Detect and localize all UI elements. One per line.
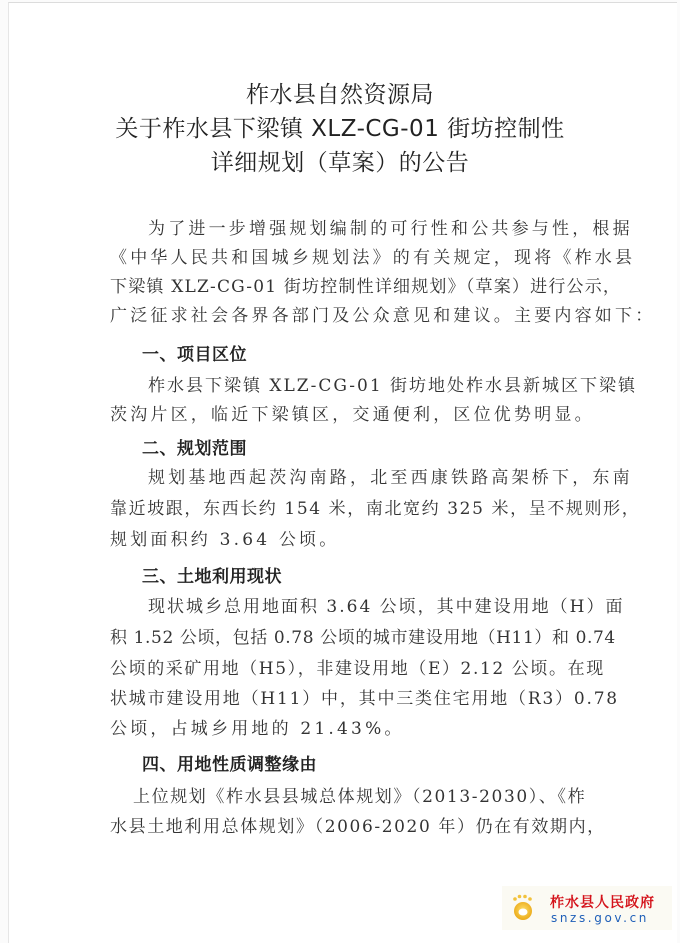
intro-line: 下梁镇 XLZ-CG-01 街坊控制性详细规划》（草案）进行公示， xyxy=(110,277,568,297)
gov-domain: snzs.gov.cn xyxy=(551,911,649,925)
section-line: 靠近坡跟，东西长约 154 米，南北宽约 325 米，呈不规则形， xyxy=(110,499,568,519)
section-line: 积 1.52 公顷，包括 0.78 公顷的城市建设用地（H11）和 0.74 xyxy=(110,628,568,648)
title-line-3: 详细规划（草案）的公告 xyxy=(0,146,680,180)
section-line: 现状城乡总用地面积 3.64 公顷，其中建设用地（H）面 xyxy=(148,597,568,617)
section-line: 上位规划《柞水县县城总体规划》（2013-2030）、《柞 xyxy=(133,787,568,807)
section-heading-adjustment-reason: 四、用地性质调整缘由 xyxy=(142,755,317,775)
intro-line: 《中华人民共和国城乡规划法》的有关规定，现将《柞水县 xyxy=(110,248,568,268)
section-line: 柞水县下梁镇 XLZ-CG-01 街坊地处柞水县新城区下梁镇 xyxy=(148,376,568,396)
document-title: 柞水县自然资源局 关于柞水县下梁镇 XLZ-CG-01 街坊控制性 详细规划（草… xyxy=(0,78,680,180)
section-line: 规划基地西起茨沟南路，北至西康铁路高架桥下，东南 xyxy=(148,468,568,488)
section-heading-location: 一、项目区位 xyxy=(142,345,247,365)
section-line: 状城市建设用地（H11）中，其中三类住宅用地（R3）0.78 xyxy=(110,689,568,709)
intro-line: 为了进一步增强规划编制的可行性和公共参与性，根据 xyxy=(148,219,568,239)
section-line: 规划面积约 3.64 公顷。 xyxy=(110,530,568,550)
paw-ring-icon xyxy=(508,892,538,922)
intro-line: 广泛征求社会各界各部门及公众意见和建议。主要内容如下： xyxy=(110,306,568,326)
gov-watermark-logo: 柞水县人民政府 snzs.gov.cn xyxy=(502,886,672,930)
section-line: 公顷的采矿用地（H5），非建设用地（E）2.12 公顷。在现 xyxy=(110,659,568,679)
gov-name: 柞水县人民政府 xyxy=(550,892,655,912)
section-line: 茨沟片区，临近下梁镇区，交通便利，区位优势明显。 xyxy=(110,405,568,425)
section-heading-land-use: 三、土地利用现状 xyxy=(142,567,282,587)
title-line-2: 关于柞水县下梁镇 XLZ-CG-01 街坊控制性 xyxy=(0,112,680,146)
section-line: 水县土地利用总体规划》（2006-2020 年）仍在有效期内， xyxy=(110,817,568,837)
section-line: 公顷，占城乡用地的 21.43%。 xyxy=(110,719,568,739)
section-heading-scope: 二、规划范围 xyxy=(142,439,247,459)
title-line-1: 柞水县自然资源局 xyxy=(0,78,680,112)
